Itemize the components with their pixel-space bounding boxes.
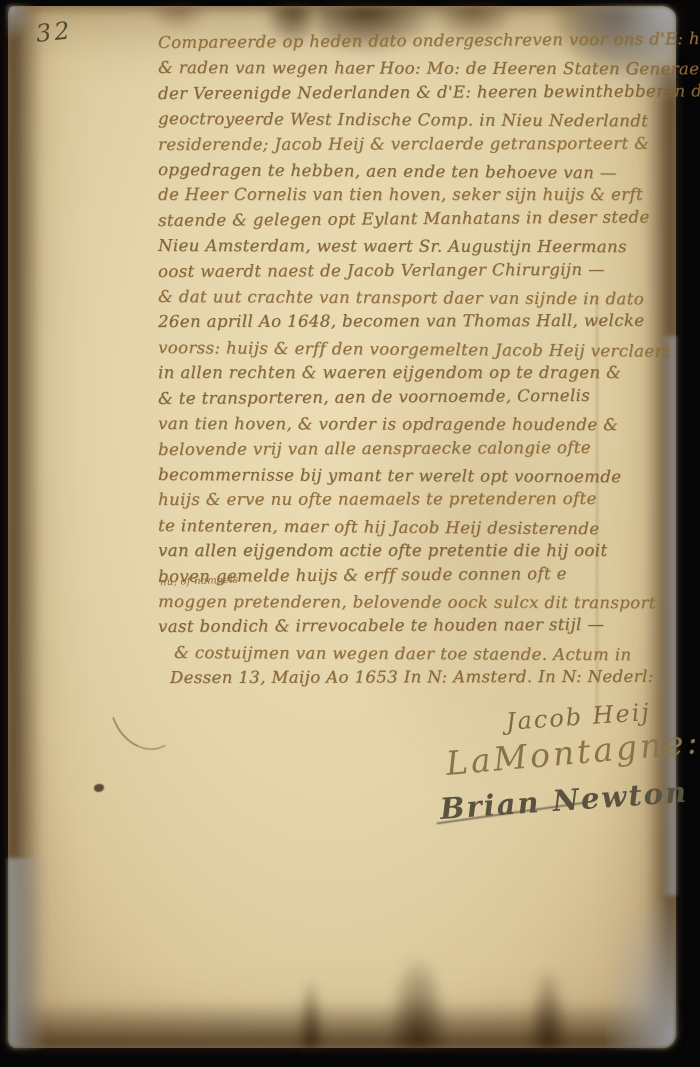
manuscript-line: huijs & erve nu ofte naemaels te pretend…: [158, 486, 673, 513]
burn-stain-top: [148, 6, 208, 32]
frayed-edge-bottom-left: [8, 858, 48, 1048]
burn-stain-left: [8, 6, 42, 1048]
stray-pen-mark: [112, 702, 166, 761]
manuscript-line: vast bondich & irrevocabele te houden na…: [158, 612, 673, 640]
manuscript-line: der Vereenigde Nederlanden & d'E: heeren…: [158, 78, 673, 106]
manuscript-line: Dessen 13, Maijo Ao 1653 In N: Amsterd. …: [170, 664, 673, 691]
manuscript-line: staende & gelegen opt Eylant Manhatans i…: [158, 204, 673, 233]
manuscript-line: belovende vrij van alle aenspraecke calo…: [158, 434, 673, 462]
manuscript-line: Compareerde op heden dato ondergeschreve…: [158, 26, 673, 55]
manuscript-line: oost waerdt naest de Jacob Verlanger Chi…: [158, 256, 673, 284]
manuscript-line: van tien hoven, & vorder is opdragende h…: [158, 411, 673, 438]
folio-number: 32: [35, 16, 74, 48]
manuscript-line: & te transporteren, aen de voornoemde, C…: [158, 382, 673, 411]
manuscript-line: residerende; Jacob Heij & verclaerde get…: [158, 130, 673, 157]
ink-blot: [94, 784, 104, 792]
manuscript-line: van allen eijgendom actie ofte pretentie…: [158, 538, 673, 563]
burn-drip: [388, 958, 448, 1048]
frayed-edge-bottom-right: [606, 898, 676, 1048]
manuscript-lines: Compareerde op heden dato ondergeschreve…: [158, 30, 673, 691]
manuscript-page: 32 Compareerde op heden dato ondergeschr…: [8, 6, 676, 1048]
burn-stain-bottom: [8, 1002, 676, 1048]
frayed-edge-top-left: [8, 6, 34, 40]
manuscript-line: 26en aprill Ao 1648, becomen van Thomas …: [158, 308, 673, 335]
burn-drip: [528, 968, 568, 1048]
burn-drip: [298, 978, 324, 1048]
